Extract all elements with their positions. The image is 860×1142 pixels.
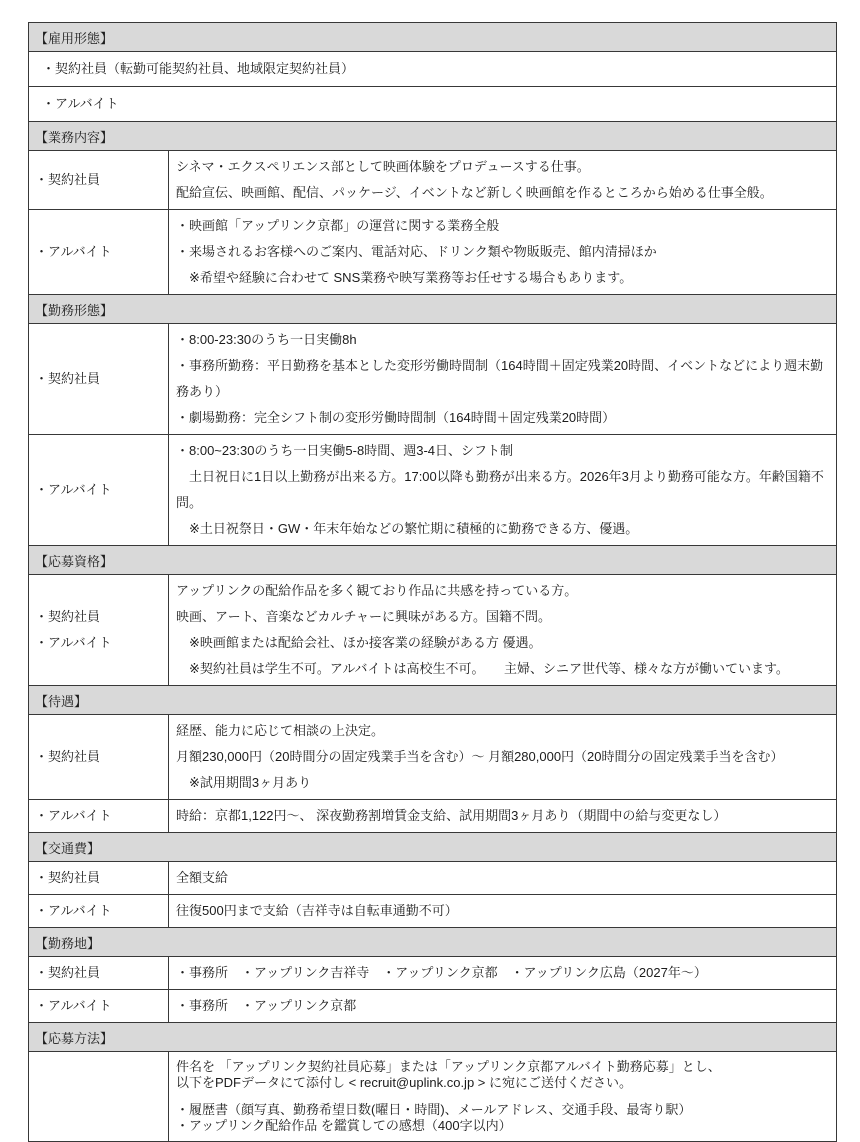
section-header-working-hours: 【勤務形態】 <box>29 294 836 323</box>
row-content-cell: ・8:00-23:30のうち一日実働8h ・事務所勤務：平日勤務を基本とした変形… <box>169 324 836 434</box>
row-content-cell: ・映画館「アップリンク京都」の運営に関する業務全般 ・来場されるお客様へのご案内… <box>169 210 836 294</box>
section-title: 【交通費】 <box>35 838 100 857</box>
cell-text-line: ・事務所 ・アップリンク吉祥寺 ・アップリンク京都 ・アップリンク広島（2027… <box>176 960 829 986</box>
cell-text-line: ・契約社員（転勤可能契約社員、地域限定契約社員） <box>42 56 354 82</box>
row-content-cell: 往復500円まで支給（吉祥寺は自転車通勤不可） <box>169 895 836 927</box>
row-label: ・契約社員 <box>35 744 162 770</box>
cell-text-line: ・事務所勤務：平日勤務を基本とした変形労働時間制（164時間＋固定残業20時間、… <box>176 353 829 405</box>
cell-text-line: 経歴、能力に応じて相談の上決定。 <box>176 718 829 744</box>
section-title: 【勤務地】 <box>35 933 100 952</box>
cell-text-line: 時給：京都1,122円～、 深夜勤務割増賃金支給、試用期間3ヶ月あり（期間中の給… <box>176 803 829 829</box>
table-row: ・契約社員 全額支給 <box>29 861 836 894</box>
cell-text-line: 月額230,000円（20時間分の固定残業手当を含む）～ 月額280,000円（… <box>176 744 829 770</box>
row-content-cell: 時給：京都1,122円～、 深夜勤務割増賃金支給、試用期間3ヶ月あり（期間中の給… <box>169 800 836 832</box>
row-content-cell: 全額支給 <box>169 862 836 894</box>
document-page: { "colors": { "section_header_bg": "#d9d… <box>0 0 860 1080</box>
row-content-cell: 経歴、能力に応じて相談の上決定。 月額230,000円（20時間分の固定残業手当… <box>169 715 836 799</box>
table-row: ・アルバイト 時給：京都1,122円～、 深夜勤務割増賃金支給、試用期間3ヶ月あ… <box>29 799 836 832</box>
cell-text-line: ※土日祝祭日・GW・年末年始などの繁忙期に積極的に勤務できる方、優遇。 <box>176 516 829 542</box>
cell-text-line: 全額支給 <box>176 865 829 891</box>
section-title: 【雇用形態】 <box>35 28 113 47</box>
row-content-cell: ・事務所 ・アップリンク京都 <box>169 990 836 1022</box>
row-label-cell: ・契約社員 <box>29 862 169 894</box>
row-label: ・アルバイト <box>35 993 162 1019</box>
row-label-cell: ・契約社員 <box>29 715 169 799</box>
row-label: ・契約社員 <box>35 604 162 630</box>
job-posting-table: 【雇用形態】 ・契約社員（転勤可能契約社員、地域限定契約社員） ・アルバイト 【… <box>28 22 837 1142</box>
table-row: 件名を 「アップリンク契約社員応募」または「アップリンク京都アルバイト勤務応募」… <box>29 1051 836 1141</box>
section-header-how-to-apply: 【応募方法】 <box>29 1022 836 1051</box>
section-header-job-description: 【業務内容】 <box>29 121 836 150</box>
cell-text-line: ・事務所 ・アップリンク京都 <box>176 993 829 1019</box>
cell-text-line: アップリンクの配給作品を多く観ており作品に共感を持っている方。 <box>176 578 829 604</box>
cell-text-line: ・8:00~23:30のうち一日実働5-8時間、週3-4日、シフト制 <box>176 438 829 464</box>
cell-text-line: ※映画館または配給会社、ほか接客業の経験がある方 優遇。 <box>176 630 829 656</box>
row-content-cell: 件名を 「アップリンク契約社員応募」または「アップリンク京都アルバイト勤務応募」… <box>169 1052 836 1141</box>
section-header-transportation: 【交通費】 <box>29 832 836 861</box>
table-row: ・アルバイト 往復500円まで支給（吉祥寺は自転車通勤不可） <box>29 894 836 927</box>
row-label-cell: ・契約社員 <box>29 957 169 989</box>
paragraph-gap <box>176 1091 829 1102</box>
row-label: ・アルバイト <box>35 477 162 503</box>
section-title: 【待遇】 <box>35 691 87 710</box>
section-header-work-location: 【勤務地】 <box>29 927 836 956</box>
row-content-cell: アップリンクの配給作品を多く観ており作品に共感を持っている方。 映画、アート、音… <box>169 575 836 685</box>
section-header-requirements: 【応募資格】 <box>29 545 836 574</box>
table-row: ・アルバイト ・8:00~23:30のうち一日実働5-8時間、週3-4日、シフト… <box>29 434 836 545</box>
cell-text-line: ・来場されるお客様へのご案内、電話対応、ドリンク類や物販販売、館内清掃ほか <box>176 239 829 265</box>
row-label-cell: ・アルバイト <box>29 210 169 294</box>
row-label: ・アルバイト <box>35 803 162 829</box>
table-row: ・アルバイト ・映画館「アップリンク京都」の運営に関する業務全般 ・来場されるお… <box>29 209 836 294</box>
cell-text-line: 件名を 「アップリンク契約社員応募」または「アップリンク京都アルバイト勤務応募」… <box>176 1059 829 1075</box>
table-row: ・アルバイト ・事務所 ・アップリンク京都 <box>29 989 836 1022</box>
row-content-cell: ・事務所 ・アップリンク吉祥寺 ・アップリンク京都 ・アップリンク広島（2027… <box>169 957 836 989</box>
section-title: 【応募方法】 <box>35 1028 113 1047</box>
row-label: ・アルバイト <box>35 630 162 656</box>
row-label-cell <box>29 1052 169 1141</box>
row-label: ・契約社員 <box>35 865 162 891</box>
row-content-cell: シネマ・エクスペリエンス部として映画体験をプロデュースする仕事。 配給宣伝、映画… <box>169 151 836 209</box>
row-label-cell: ・契約社員 <box>29 151 169 209</box>
row-label: ・アルバイト <box>35 898 162 924</box>
row-label-cell: ・契約社員 <box>29 324 169 434</box>
cell-text-line: ・アルバイト <box>42 91 119 117</box>
cell-text-line: ・8:00-23:30のうち一日実働8h <box>176 327 829 353</box>
table-row: ・契約社員 ・8:00-23:30のうち一日実働8h ・事務所勤務：平日勤務を基… <box>29 323 836 434</box>
table-row: ・アルバイト <box>29 86 836 121</box>
section-header-employment-type: 【雇用形態】 <box>29 23 836 51</box>
row-label-cell: ・アルバイト <box>29 990 169 1022</box>
cell-text-line: シネマ・エクスペリエンス部として映画体験をプロデュースする仕事。 <box>176 154 829 180</box>
cell-text-line: 配給宣伝、映画館、配信、パッケージ、イベントなど新しく映画館を作るところから始め… <box>176 180 829 206</box>
table-row: ・契約社員 経歴、能力に応じて相談の上決定。 月額230,000円（20時間分の… <box>29 714 836 799</box>
cell-text-line: ・映画館「アップリンク京都」の運営に関する業務全般 <box>176 213 829 239</box>
cell-text-line: 以下をPDFデータにて添付し < recruit@uplink.co.jp > … <box>176 1075 829 1091</box>
cell-text-line: ・劇場勤務：完全シフト制の変形労働時間制（164時間＋固定残業20時間） <box>176 405 829 431</box>
table-row: ・契約社員 ・事務所 ・アップリンク吉祥寺 ・アップリンク京都 ・アップリンク広… <box>29 956 836 989</box>
table-row: ・契約社員 シネマ・エクスペリエンス部として映画体験をプロデュースする仕事。 配… <box>29 150 836 209</box>
table-row: ・契約社員 ・アルバイト アップリンクの配給作品を多く観ており作品に共感を持って… <box>29 574 836 685</box>
cell-text-line: ※試用期間3ヶ月あり <box>176 770 829 796</box>
row-content-cell: ・8:00~23:30のうち一日実働5-8時間、週3-4日、シフト制 土日祝日に… <box>169 435 836 545</box>
row-label-cell: ・アルバイト <box>29 800 169 832</box>
cell-text-line: ・アップリンク配給作品 を鑑賞しての感想（400字以内） <box>176 1118 829 1134</box>
row-label: ・契約社員 <box>35 960 162 986</box>
row-label: ・契約社員 <box>35 167 162 193</box>
section-title: 【応募資格】 <box>35 551 113 570</box>
section-title: 【勤務形態】 <box>35 300 113 319</box>
cell-text-line: ※契約社員は学生不可。アルバイトは高校生不可。 主婦、シニア世代等、様々な方が働… <box>176 656 829 682</box>
section-header-compensation: 【待遇】 <box>29 685 836 714</box>
cell-text-line: ・履歴書（顔写真、勤務希望日数(曜日・時間)、メールアドレス、交通手段、最寄り駅… <box>176 1102 829 1118</box>
row-label-cell: ・契約社員 ・アルバイト <box>29 575 169 685</box>
cell-text-line: 映画、アート、音楽などカルチャーに興味がある方。国籍不問。 <box>176 604 829 630</box>
cell-text-line: 往復500円まで支給（吉祥寺は自転車通勤不可） <box>176 898 829 924</box>
cell-text-line: ※希望や経験に合わせて SNS業務や映写業務等お任せする場合もあります。 <box>176 265 829 291</box>
row-label: ・契約社員 <box>35 366 162 392</box>
cell-text-line: 土日祝日に1日以上勤務が出来る方。17:00以降も勤務が出来る方。2026年3月… <box>176 464 829 516</box>
table-row: ・契約社員（転勤可能契約社員、地域限定契約社員） <box>29 51 836 86</box>
row-label: ・アルバイト <box>35 239 162 265</box>
row-label-cell: ・アルバイト <box>29 895 169 927</box>
section-title: 【業務内容】 <box>35 127 113 146</box>
row-label-cell: ・アルバイト <box>29 435 169 545</box>
